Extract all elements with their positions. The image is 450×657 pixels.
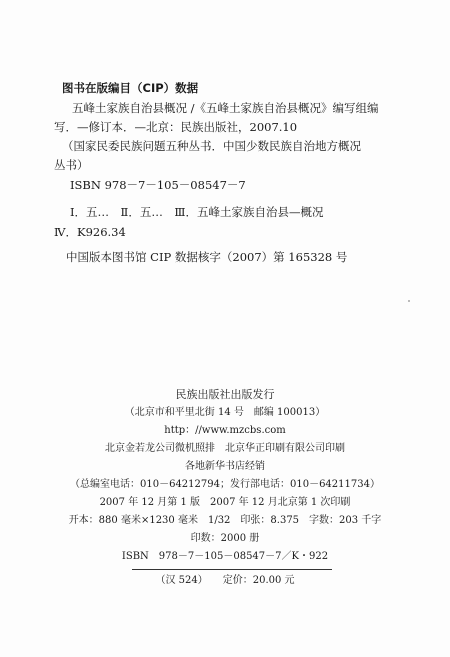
distributor: 各地新华书店经销 xyxy=(0,460,450,474)
cip-classification-number: Ⅳ．K926.34 xyxy=(54,225,126,239)
typeset-print: 北京金若龙公司微机照排 北京华正印刷有限公司印刷 xyxy=(0,442,450,456)
publisher: 民族出版社出版发行 xyxy=(0,388,450,402)
copyright-page: 图书在版编目（CIP）数据 五峰土家族自治县概况 /《五峰土家族自治县概况》编写… xyxy=(0,0,450,657)
cip-heading: 图书在版编目（CIP）数据 xyxy=(62,81,198,95)
cip-line-4: 丛书） xyxy=(54,158,89,172)
cip-line-1: 五峰土家族自治县概况 /《五峰土家族自治县概况》编写组编 xyxy=(72,101,379,115)
divider-rule xyxy=(132,569,332,570)
scan-speck xyxy=(408,300,410,302)
phones: （总编室电话：010－64212794；发行部电话：010－64211734） xyxy=(0,478,450,492)
cip-data-number: 中国版本图书馆 CIP 数据核字（2007）第 165328 号 xyxy=(66,250,347,264)
address: （北京市和平里北街 14 号 邮编 100013） xyxy=(0,406,450,420)
price-line: （汉 524） 定价：20.00 元 xyxy=(0,574,450,588)
cip-classification: Ⅰ．五… Ⅱ．五… Ⅲ．五峰土家族自治县—概况 xyxy=(70,205,323,219)
isbn-full: ISBN 978－7－105－08547－7／K・922 xyxy=(0,550,450,564)
website: http：//www.mzcbs.com xyxy=(0,424,450,438)
print-run: 印数：2000 册 xyxy=(0,532,450,546)
format: 开本：880 毫米×1230 毫米 1/32 印张：8.375 字数：203 千… xyxy=(0,514,450,528)
cip-line-3: （国家民委民族问题五种丛书．中国少数民族自治地方概况 xyxy=(62,139,361,153)
edition: 2007 年 12 月第 1 版 2007 年 12 月北京第 1 次印刷 xyxy=(0,496,450,510)
cip-line-2: 写．—修订本．—北京：民族出版社，2007.10 xyxy=(54,120,297,134)
cip-isbn: ISBN 978－7－105－08547－7 xyxy=(70,178,246,192)
